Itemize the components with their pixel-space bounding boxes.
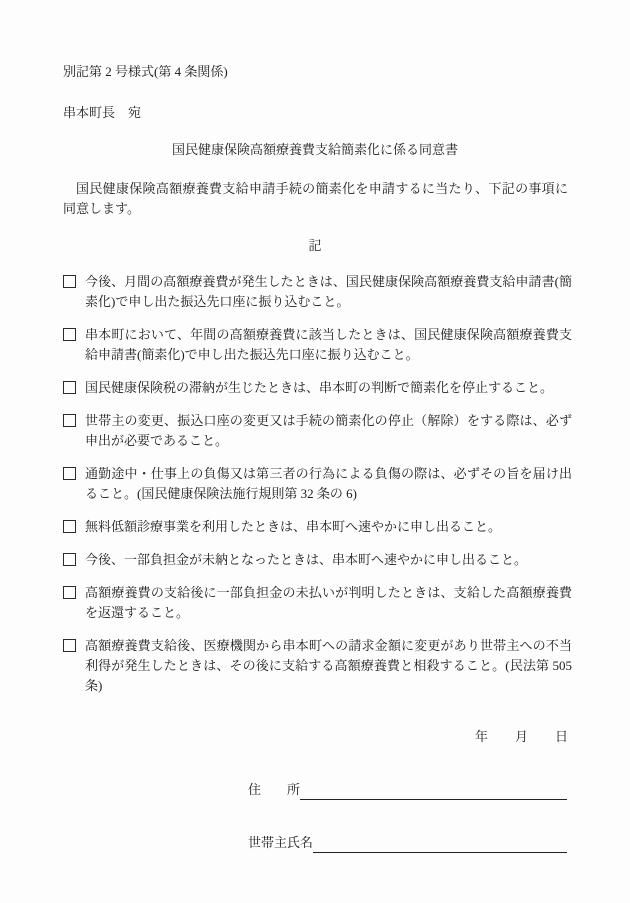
consent-item-text: 高額療養費の支給後に一部負担金の未払いが判明したときは、支給した高額療養費を返還… — [85, 583, 572, 623]
consent-item: 高額療養費支給後、医療機関から串本町への請求金額に変更があり世帯主への不当利得が… — [63, 636, 572, 696]
address-label: 住 所 — [248, 780, 300, 800]
checkbox-icon — [63, 553, 76, 566]
addressee: 串本町長 宛 — [63, 103, 141, 123]
consent-item: 串本町において、年間の高額療養費に該当したときは、国民健康保険高額療養費支給申請… — [63, 325, 572, 365]
document-page: 別記第 2 号様式(第 4 条関係) 串本町長 宛 国民健康保険高額療養費支給簡… — [0, 0, 630, 903]
address-blank-line — [300, 782, 567, 800]
date-month-label: 月 — [515, 727, 528, 747]
form-number: 別記第 2 号様式(第 4 条関係) — [63, 62, 228, 82]
consent-items-list: 今後、月間の高額療養費が発生したときは、国民健康保険高額療養費支給申請書(簡素化… — [63, 272, 572, 709]
consent-item: 無料低額診療事業を利用したときは、串本町へ速やかに申し出ること。 — [63, 517, 572, 537]
consent-item-text: 今後、月間の高額療養費が発生したときは、国民健康保険高額療養費支給申請書(簡素化… — [85, 272, 572, 312]
consent-item: 高額療養費の支給後に一部負担金の未払いが判明したときは、支給した高額療養費を返還… — [63, 583, 572, 623]
date-line: 年 月 日 — [475, 727, 568, 747]
consent-item: 今後、一部負担金が未納となったときは、串本町へ速やかに申し出ること。 — [63, 550, 572, 570]
householder-name-label: 世帯主氏名 — [248, 833, 313, 853]
consent-item: 世帯主の変更、振込口座の変更又は手続の簡素化の停止（解除）をする際は、必ず申出が… — [63, 411, 572, 451]
consent-item-text: 串本町において、年間の高額療養費に該当したときは、国民健康保険高額療養費支給申請… — [85, 325, 572, 365]
householder-name-blank-line — [313, 835, 567, 853]
checkbox-icon — [63, 275, 76, 288]
document-title: 国民健康保険高額療養費支給簡素化に係る同意書 — [0, 140, 630, 160]
consent-item-text: 世帯主の変更、振込口座の変更又は手続の簡素化の停止（解除）をする際は、必ず申出が… — [85, 411, 572, 451]
address-signature-row: 住 所 — [248, 780, 567, 800]
checkbox-icon — [63, 414, 76, 427]
intro-paragraph: 国民健康保険高額療養費支給申請手続の簡素化を申請するに当たり、下記の事項に同意し… — [63, 179, 568, 219]
consent-item: 国民健康保険税の滞納が生じたときは、串本町の判断で簡素化を停止すること。 — [63, 378, 572, 398]
date-year-label: 年 — [475, 727, 488, 747]
consent-item-text: 無料低額診療事業を利用したときは、串本町へ速やかに申し出ること。 — [85, 517, 572, 537]
checkbox-icon — [63, 520, 76, 533]
date-day-label: 日 — [555, 727, 568, 747]
consent-item-text: 国民健康保険税の滞納が生じたときは、串本町の判断で簡素化を停止すること。 — [85, 378, 572, 398]
householder-name-signature-row: 世帯主氏名 — [248, 833, 567, 853]
checkbox-icon — [63, 381, 76, 394]
checkbox-icon — [63, 586, 76, 599]
consent-item-text: 今後、一部負担金が未納となったときは、串本町へ速やかに申し出ること。 — [85, 550, 572, 570]
list-marker: 記 — [0, 236, 630, 256]
consent-item: 今後、月間の高額療養費が発生したときは、国民健康保険高額療養費支給申請書(簡素化… — [63, 272, 572, 312]
consent-item: 通勤途中・仕事上の負傷又は第三者の行為による負傷の際は、必ずその旨を届け出ること… — [63, 464, 572, 504]
consent-item-text: 通勤途中・仕事上の負傷又は第三者の行為による負傷の際は、必ずその旨を届け出ること… — [85, 464, 572, 504]
checkbox-icon — [63, 467, 76, 480]
checkbox-icon — [63, 328, 76, 341]
consent-item-text: 高額療養費支給後、医療機関から串本町への請求金額に変更があり世帯主への不当利得が… — [85, 636, 572, 696]
checkbox-icon — [63, 639, 76, 652]
